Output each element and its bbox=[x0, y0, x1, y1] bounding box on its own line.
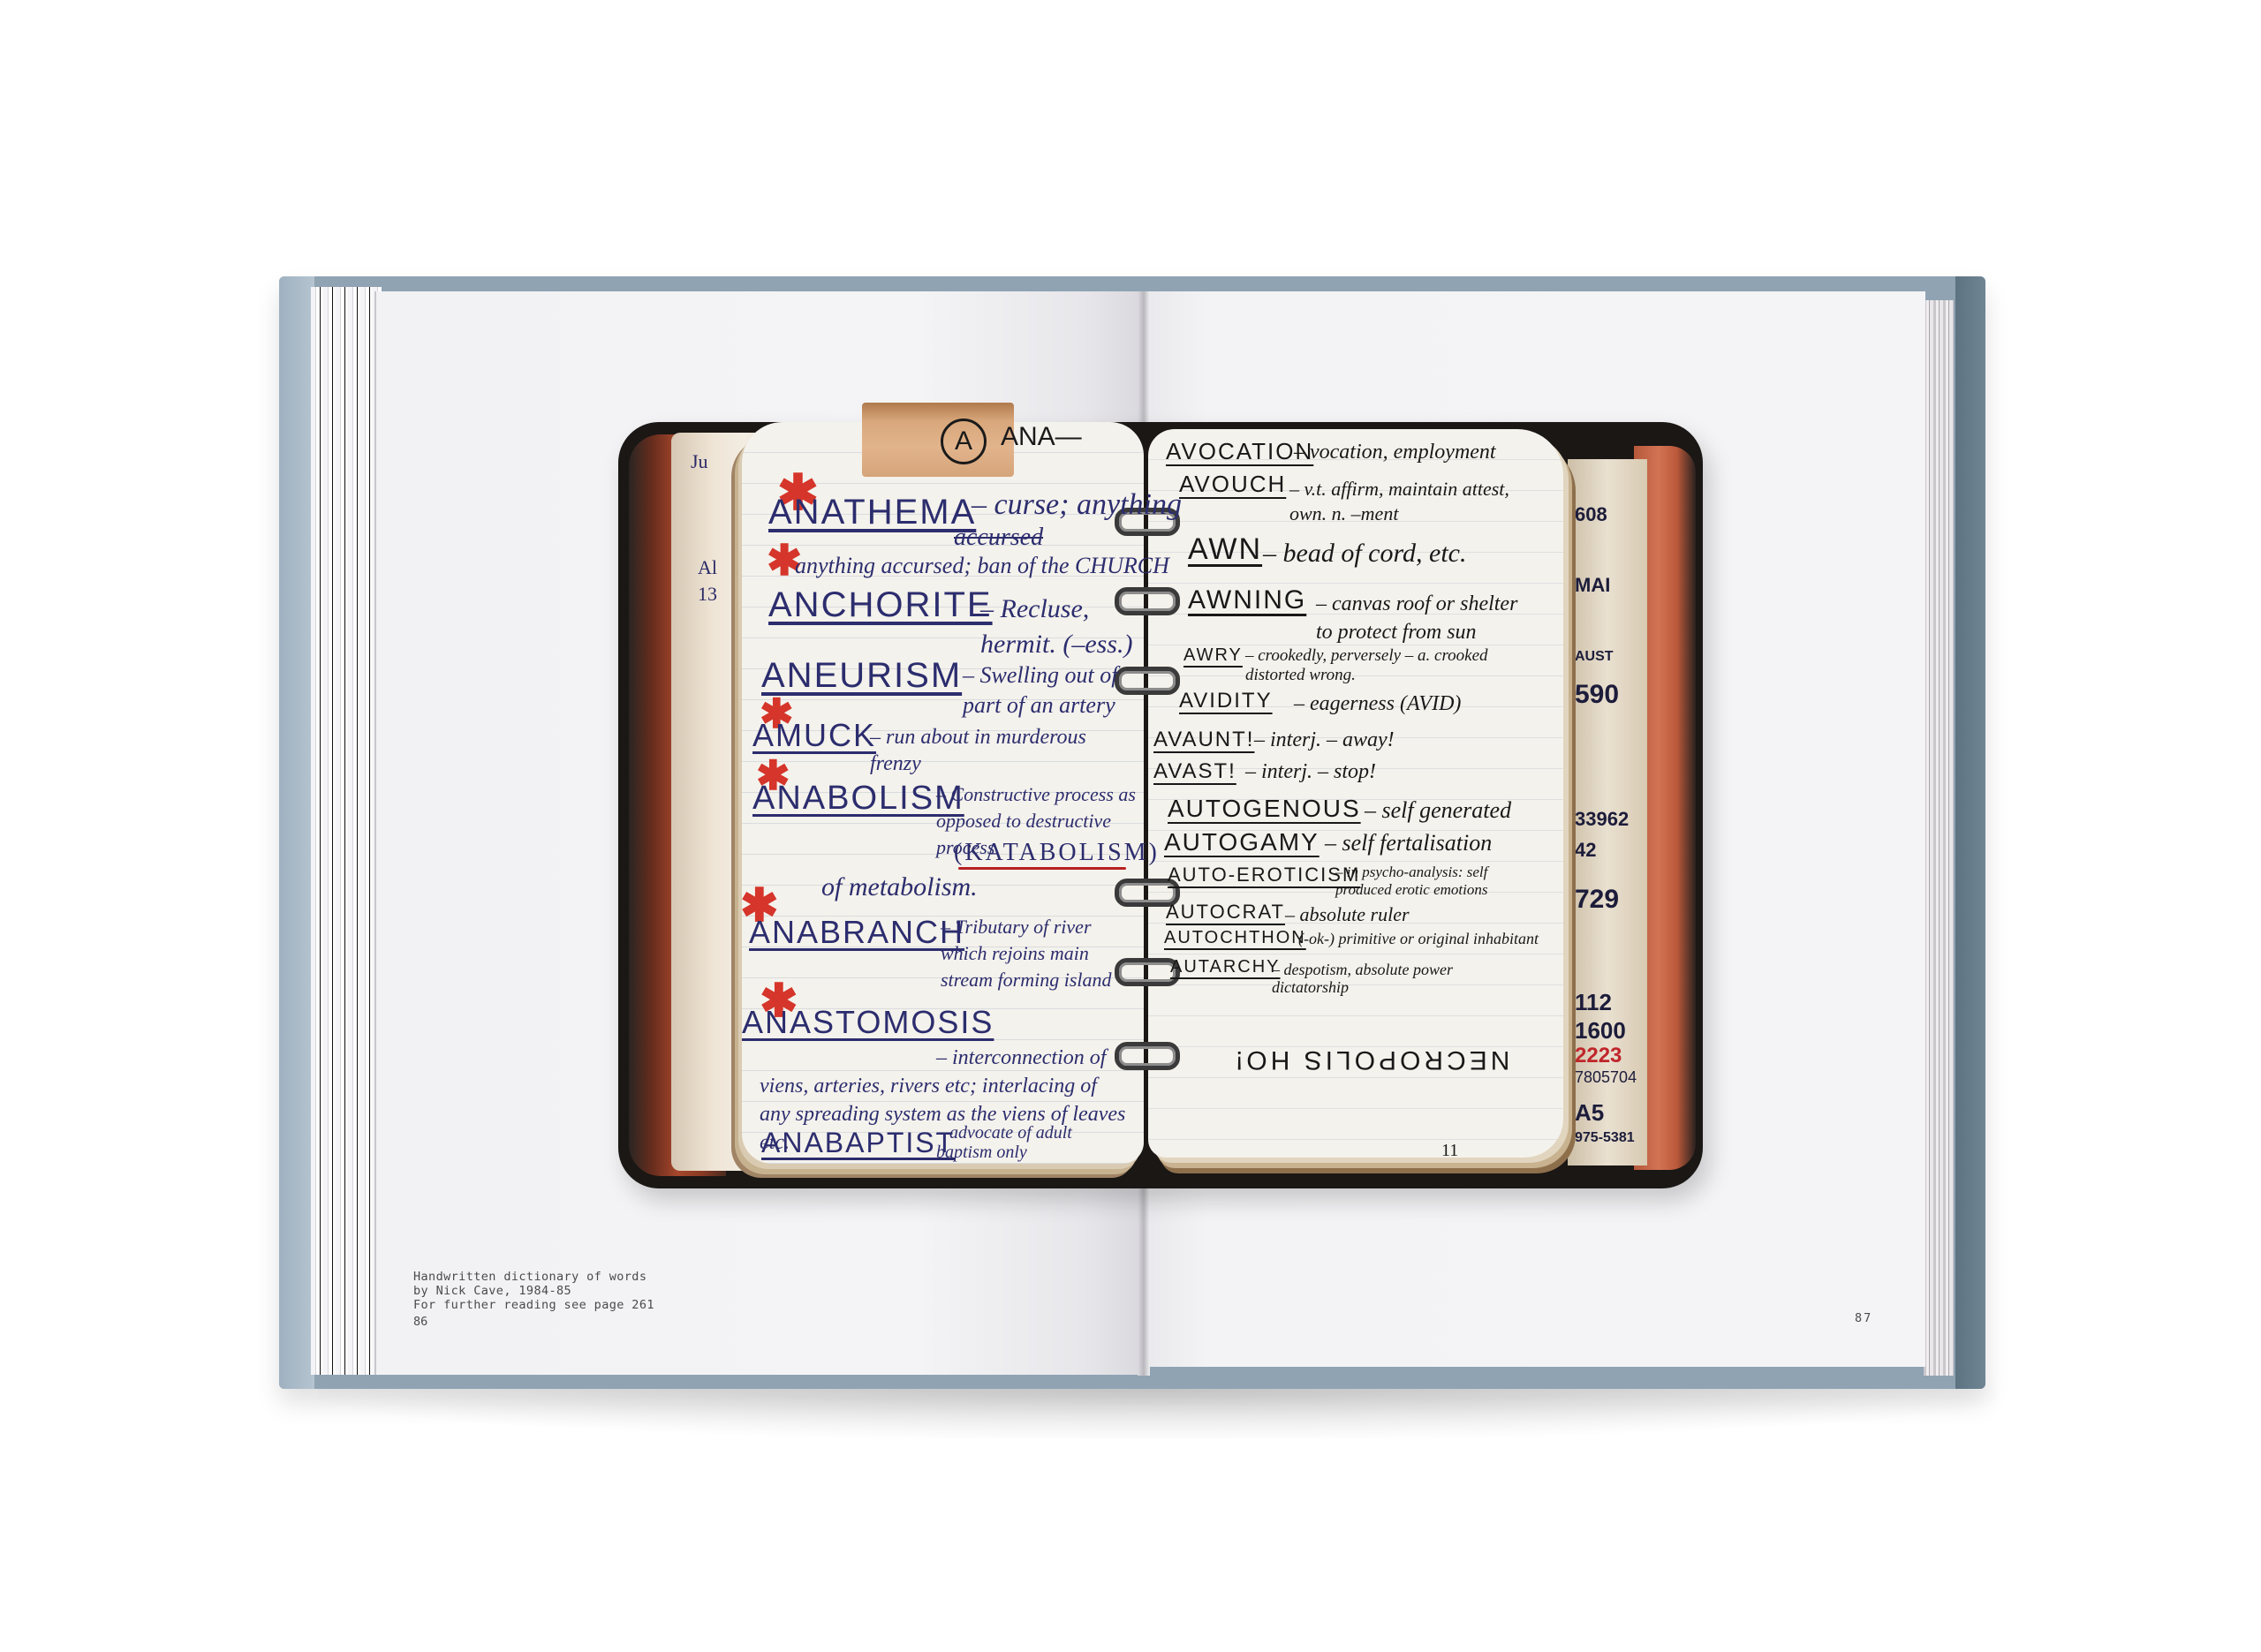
entry-term: ANASTOMOSIS bbox=[742, 1007, 994, 1038]
section-heading: ANA— bbox=[1001, 422, 1082, 452]
margin-scribble: A5 bbox=[1575, 1099, 1604, 1127]
page-stack-left bbox=[311, 287, 382, 1375]
entry-definition: – self fertalisation bbox=[1325, 832, 1492, 855]
entry-term: ANEURISM bbox=[761, 658, 962, 693]
entry-term: AWRY bbox=[1183, 646, 1243, 664]
entry-definition: (-ok-) primitive or original inhabitant bbox=[1298, 929, 1546, 948]
caption-line: For further reading see page 261 bbox=[413, 1298, 654, 1312]
entry-definition: – vocation, employment bbox=[1294, 441, 1496, 463]
margin-scribble: 112 bbox=[1575, 989, 1612, 1016]
entry-term: AVAUNT! bbox=[1153, 729, 1254, 751]
entry-definition: accursed bbox=[954, 525, 1043, 550]
entry-definition: – run about in murderous frenzy bbox=[870, 724, 1135, 777]
entry-definition: – interj. – away! bbox=[1254, 729, 1395, 751]
entry-definition: – Swelling out of part of an artery bbox=[963, 660, 1139, 720]
tab-label: 13 bbox=[698, 583, 717, 606]
entry-term: ANCHORITE bbox=[768, 587, 993, 622]
entry-definition: – canvas roof or shelter to protect from… bbox=[1316, 590, 1537, 646]
margin-scribble-red: 2223 bbox=[1575, 1044, 1622, 1068]
entry-term: AVIDITY bbox=[1179, 690, 1273, 712]
entry-definition: – self generated bbox=[1365, 799, 1511, 822]
margin-scribble: 608 bbox=[1575, 503, 1607, 526]
notebook-right-insert: 608 MAI AUST 590 33962 42 729 112 1600 2… bbox=[1568, 459, 1647, 1165]
entry-term: AMUCK bbox=[752, 720, 876, 751]
entry-extra: (KATABOLISM) bbox=[954, 841, 1160, 865]
entry-note: anything accursed; ban of the CHURCH bbox=[795, 554, 1169, 577]
caption-line: by Nick Cave, 1984-85 bbox=[413, 1284, 654, 1298]
entry-definition: – in psycho-analysis: self produced erot… bbox=[1335, 864, 1539, 899]
entry-term: AUTOCHTHON bbox=[1164, 929, 1306, 947]
cover-right-edge bbox=[1955, 276, 1985, 1389]
margin-scribble: 42 bbox=[1575, 839, 1596, 862]
red-underline bbox=[958, 867, 1126, 870]
margin-scribble: 33962 bbox=[1575, 808, 1629, 831]
image-caption: Handwritten dictionary of words by Nick … bbox=[413, 1270, 654, 1312]
entry-definition: – crookedly, perversely – a. crooked dis… bbox=[1245, 646, 1537, 685]
entry-definition: – interj. – stop! bbox=[1245, 761, 1376, 782]
margin-scribble: 729 bbox=[1575, 885, 1619, 915]
entry-term: ANABOLISM bbox=[752, 781, 964, 815]
entry-term: AUTO-EROTICISM bbox=[1168, 865, 1360, 885]
margin-scribble: 590 bbox=[1575, 680, 1619, 710]
entry-definition: – v.t. affirm, maintain attest, own. n. … bbox=[1289, 477, 1528, 526]
entry-definition: – Recluse, hermit. (–ess.) bbox=[980, 592, 1139, 662]
entry-definition: – advocate of adult baptism only bbox=[936, 1123, 1130, 1162]
margin-scribble: AUST bbox=[1575, 649, 1614, 665]
entry-term: AWN bbox=[1188, 534, 1262, 564]
entry-term: AVOCATION bbox=[1166, 440, 1313, 463]
circled-letter: A bbox=[941, 419, 987, 464]
entry-definition: – absolute ruler bbox=[1285, 905, 1410, 924]
entry-term: ANATHEMA bbox=[768, 494, 976, 530]
entry-definition: – curse; anything bbox=[972, 490, 1182, 520]
cover-left-edge bbox=[279, 276, 314, 1389]
entry-term: AWNING bbox=[1188, 587, 1306, 614]
tab-label: Ju bbox=[691, 450, 708, 473]
entry-term: AUTARCHY bbox=[1170, 958, 1281, 976]
entry-term: AUTOCRAT bbox=[1166, 902, 1285, 922]
entry-term: AUTOGAMY bbox=[1164, 830, 1320, 855]
entry-term: AVAST! bbox=[1153, 761, 1236, 782]
entry-definition: – Tributary of river which rejoins main … bbox=[941, 914, 1139, 993]
page-stack-right bbox=[1924, 300, 1954, 1376]
entry-term: ANABAPTIST bbox=[761, 1128, 955, 1157]
page-number-left: 86 bbox=[413, 1315, 427, 1329]
margin-scribble: MAI bbox=[1575, 574, 1610, 597]
leaf-number: 11 bbox=[1441, 1142, 1458, 1159]
mirrored-text: NECROPOLIS HO! bbox=[1232, 1046, 1509, 1073]
margin-scribble: 1600 bbox=[1575, 1017, 1626, 1045]
entry-definition: – despotism, absolute power dictatorship bbox=[1272, 961, 1475, 996]
entry-definition: – eagerness (AVID) bbox=[1294, 693, 1461, 714]
entry-definition: – bead of cord, etc. bbox=[1263, 540, 1467, 567]
margin-scribble: 975-5381 bbox=[1575, 1130, 1635, 1146]
tab-label: Al bbox=[698, 556, 717, 579]
caption-line: Handwritten dictionary of words bbox=[413, 1270, 654, 1284]
page-number-right: 87 bbox=[1855, 1311, 1872, 1325]
entry-term: AUTOGENOUS bbox=[1168, 796, 1361, 821]
entry-term: ANABRANCH bbox=[749, 917, 964, 948]
entry-term: AVOUCH bbox=[1179, 472, 1286, 495]
entry-extra: of metabolism. bbox=[821, 874, 978, 901]
masking-tape bbox=[862, 403, 1014, 477]
margin-scribble: 7805704 bbox=[1575, 1068, 1637, 1087]
